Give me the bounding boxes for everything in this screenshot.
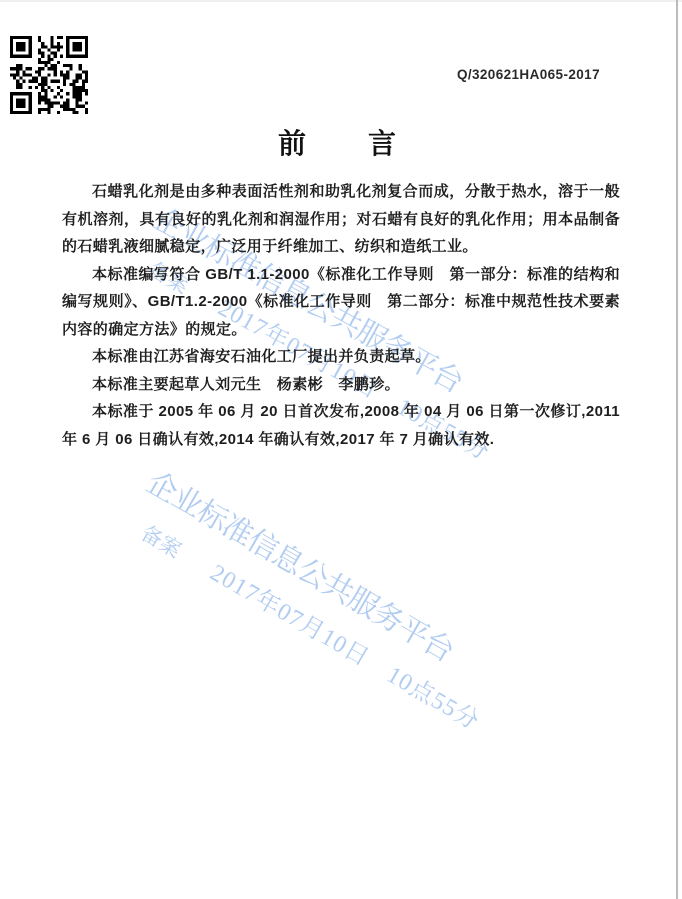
watermark-stamp-lower: 企业标准信息公共服务平台 备案 2017年07月10日 10点55分 [119, 458, 514, 736]
qr-code-icon [10, 36, 88, 114]
paragraph: 本标准由江苏省海安石油化工厂提出并负责起草。 [62, 343, 620, 371]
document-number: Q/320621HA065-2017 [457, 67, 600, 82]
foreword-body: 石蜡乳化剂是由多种表面活性剂和助乳化剂复合而成，分散于热水，溶于一般有机溶剂，具… [62, 178, 620, 453]
watermark-datetime: 2017年07月10日 10点55分 [205, 553, 488, 736]
scan-edge-top [0, 0, 682, 2]
paragraph: 本标准主要起草人刘元生 杨素彬 李鹏珍。 [62, 371, 620, 399]
watermark-record-label: 备案 [136, 517, 187, 564]
paragraph: 石蜡乳化剂是由多种表面活性剂和助乳化剂复合而成，分散于热水，溶于一般有机溶剂，具… [62, 178, 620, 261]
page-title: 前 言 [0, 122, 676, 162]
watermark-main-text: 企业标准信息公共服务平台 [140, 458, 514, 699]
scan-edge-right [676, 0, 678, 899]
paragraph: 本标准编写符合 GB/T 1.1-2000《标准化工作导则 第一部分：标准的结构… [62, 261, 620, 344]
paragraph: 本标准于 2005 年 06 月 20 日首次发布,2008 年 04 月 06… [62, 398, 620, 453]
